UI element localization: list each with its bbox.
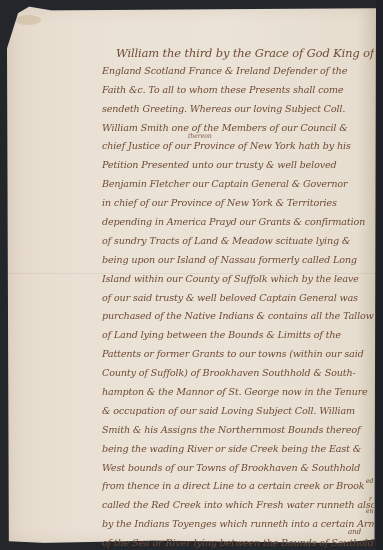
text-line: Pattents or former Grants to our towns (… xyxy=(102,346,374,365)
text-line: William the third by the Grace of God Ki… xyxy=(102,44,374,63)
interlinear-insertion: thereon xyxy=(188,133,212,140)
text-line: from thence in a direct Line to a certai… xyxy=(102,478,374,497)
text-line: Faith &c. To all to whom these Presents … xyxy=(102,82,374,101)
text-line: Petition Presented unto our trusty & wel… xyxy=(102,157,374,176)
text-line: depending in America Prayd our Grants & … xyxy=(102,214,374,233)
text-line: of sundry Tracts of Land & Meadow scitua… xyxy=(102,233,374,252)
text-line: of the Sea or River lying between the Bo… xyxy=(102,535,374,550)
paper-stain xyxy=(15,15,41,25)
margin-note: en xyxy=(366,508,373,515)
text-line: hampton & the Mannor of St. George now i… xyxy=(102,384,374,403)
text-line: & occupation of our said Loving Subject … xyxy=(102,403,374,422)
text-line: purchased of the Native Indians & contai… xyxy=(102,308,374,327)
text-line: Smith & his Assigns the Northernmost Bou… xyxy=(102,422,374,441)
manuscript-text: William the third by the Grace of God Ki… xyxy=(102,44,374,550)
catchword: and xyxy=(348,528,361,536)
text-line: chief Justice of our Province of New Yor… xyxy=(102,138,374,157)
text-line: England Scotland France & Ireland Defend… xyxy=(102,63,374,82)
text-line: of our said trusty & well beloved Captai… xyxy=(102,290,374,309)
text-line: being upon our Island of Nassau formerly… xyxy=(102,252,374,271)
scan-border xyxy=(376,0,383,550)
text-line: County of Suffolk) of Brookhaven Southho… xyxy=(102,365,374,384)
text-line: William Smith one of the Members of our … xyxy=(102,120,374,139)
text-line: Island within our County of Suffolk whic… xyxy=(102,271,374,290)
text-line: West bounds of our Towns of Brookhaven &… xyxy=(102,460,374,479)
text-line: of Land lying between the Bounds & Limit… xyxy=(102,327,374,346)
text-line: Benjamin Fletcher our Captain General & … xyxy=(102,176,374,195)
text-line: by the Indians Toyenges which runneth in… xyxy=(102,516,374,535)
margin-note: r xyxy=(369,496,372,503)
text-line: called the Red Creek into which Fresh wa… xyxy=(102,497,374,516)
text-line: sendeth Greeting. Whereas our loving Sub… xyxy=(102,101,374,120)
text-line: being the wading River or side Creek bei… xyxy=(102,441,374,460)
margin-note: ed xyxy=(366,478,373,485)
text-line: in chief of our Province of New York & T… xyxy=(102,195,374,214)
document-scan: William the third by the Grace of God Ki… xyxy=(0,0,383,550)
